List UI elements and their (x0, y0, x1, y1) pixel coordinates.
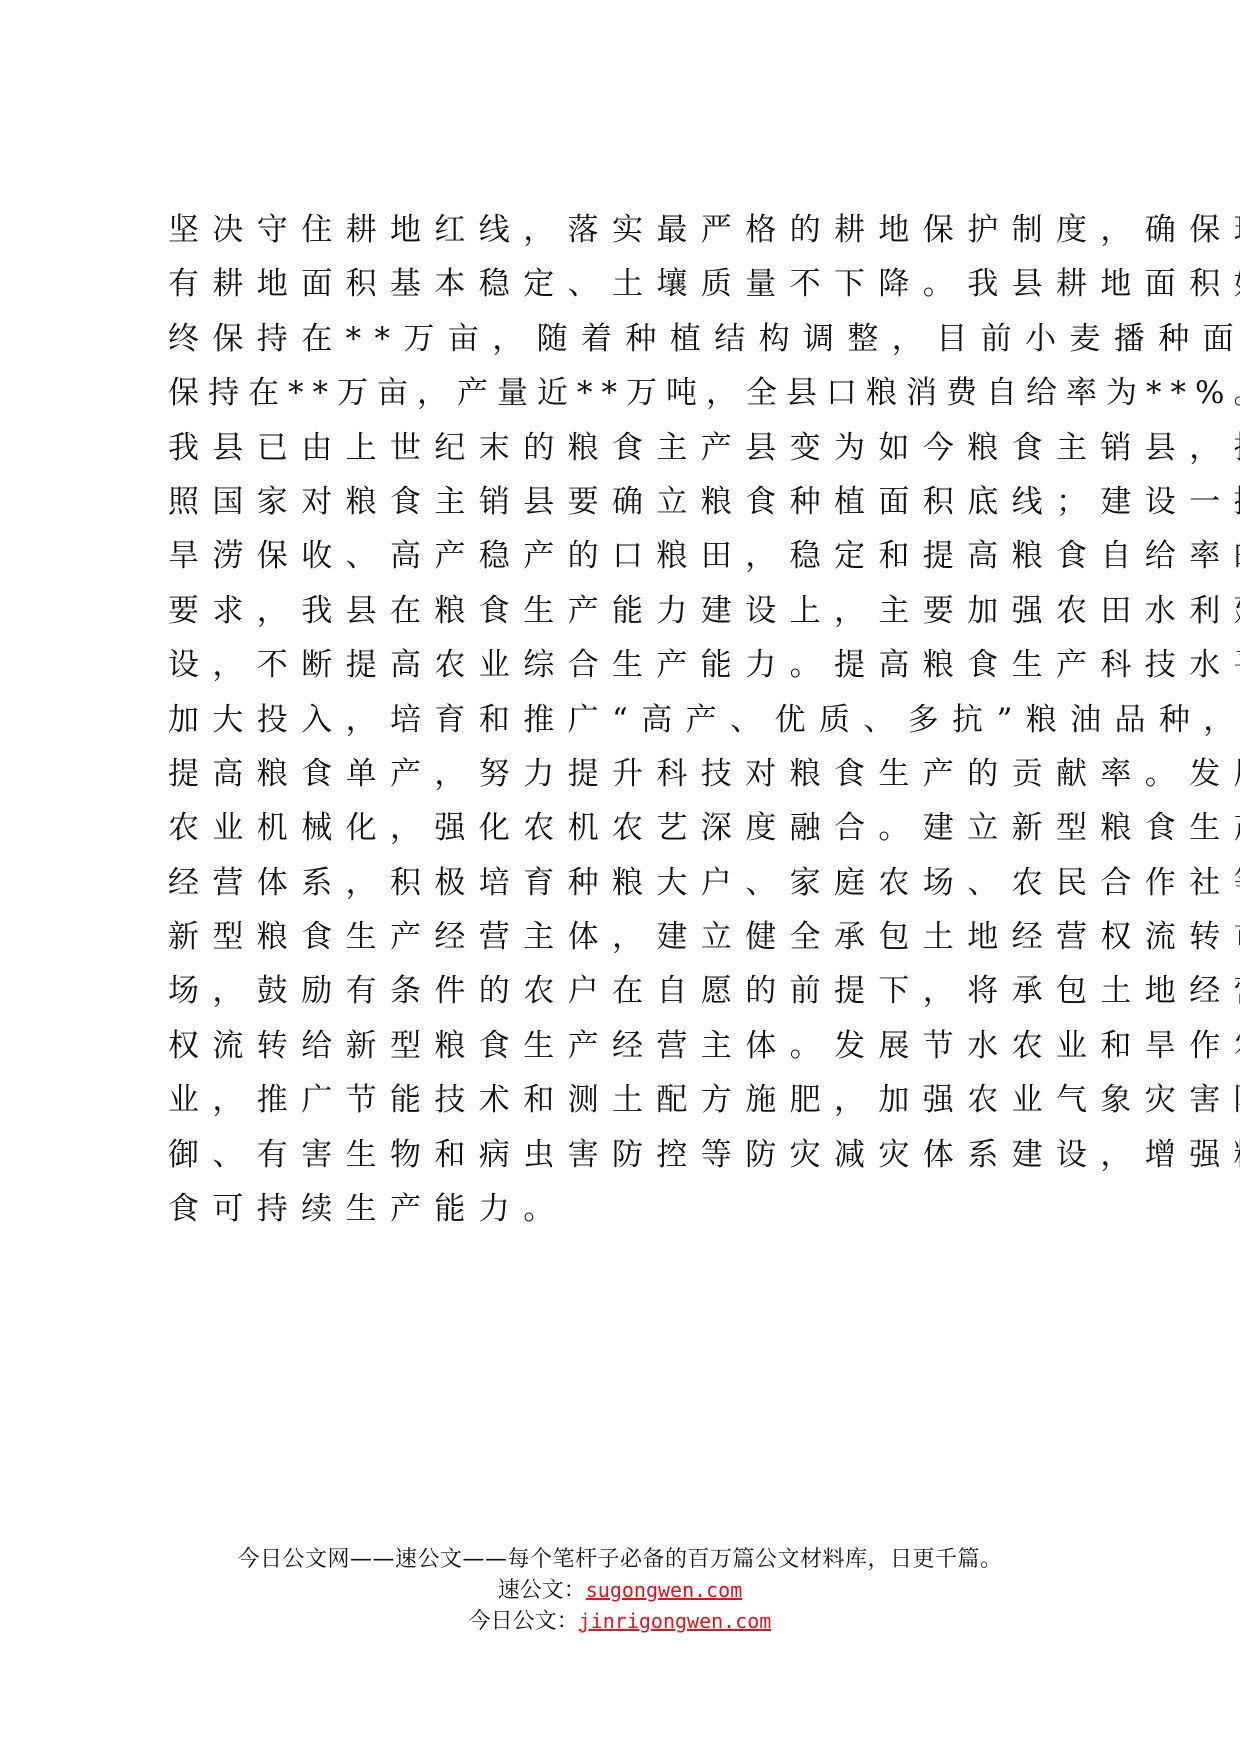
body-paragraph: 坚决守住耕地红线，落实最严格的耕地保护制度，确保现 有耕地面积基本稳定、土壤质量… (168, 203, 958, 1236)
sugongwen-label: 速公文： (498, 1578, 586, 1603)
text-line: 设，不断提高农业综合生产能力。提高粮食生产科技水平 (168, 638, 958, 692)
text-line: 照国家对粮食主销县要确立粮食种植面积底线；建设一批 (168, 475, 958, 529)
text-line: 保持在**万亩，产量近**万吨，全县口粮消费自给率为**%。 (168, 366, 958, 420)
sugongwen-link[interactable]: sugongwen.com (586, 1578, 743, 1602)
jinrigongwen-row: 今日公文：jinrigongwen.com (0, 1606, 1240, 1637)
footer-slogan: 今日公文网——速公文——每个笔杆子必备的百万篇公文材料库，日更千篇。 (0, 1545, 1240, 1575)
jinrigongwen-link[interactable]: jinrigongwen.com (579, 1609, 772, 1633)
text-line: 加大投入，培育和推广“高产、优质、多抗”粮油品种， (168, 693, 958, 747)
jinrigongwen-label: 今日公文： (469, 1609, 579, 1634)
text-line: 提高粮食单产，努力提升科技对粮食生产的贡献率。发展 (168, 747, 958, 801)
sugongwen-row: 速公文：sugongwen.com (0, 1575, 1240, 1606)
text-line: 权流转给新型粮食生产经营主体。发展节水农业和旱作农 (168, 1019, 958, 1073)
text-line: 新型粮食生产经营主体，建立健全承包土地经营权流转市 (168, 910, 958, 964)
text-line: 场，鼓励有条件的农户在自愿的前提下，将承包土地经营 (168, 964, 958, 1018)
text-line: 经营体系，积极培育种粮大户、家庭农场、农民合作社等 (168, 856, 958, 910)
text-line: 食可持续生产能力。 (168, 1182, 958, 1236)
text-line: 旱涝保收、高产稳产的口粮田，稳定和提高粮食自给率的 (168, 529, 958, 583)
footer-promo: 今日公文网——速公文——每个笔杆子必备的百万篇公文材料库，日更千篇。 速公文：s… (0, 1545, 1240, 1637)
text-line: 坚决守住耕地红线，落实最严格的耕地保护制度，确保现 (168, 203, 958, 257)
text-line: 农业机械化，强化农机农艺深度融合。建立新型粮食生产 (168, 801, 958, 855)
text-line: 终保持在**万亩，随着种植结构调整，目前小麦播种面积 (168, 312, 958, 366)
document-page: 坚决守住耕地红线，落实最严格的耕地保护制度，确保现 有耕地面积基本稳定、土壤质量… (0, 0, 1240, 1754)
text-line: 要求，我县在粮食生产能力建设上，主要加强农田水利建 (168, 584, 958, 638)
text-line: 业，推广节能技术和测土配方施肥，加强农业气象灾害防 (168, 1073, 958, 1127)
text-line: 我县已由上世纪末的粮食主产县变为如今粮食主销县，按 (168, 421, 958, 475)
text-line: 有耕地面积基本稳定、土壤质量不下降。我县耕地面积始 (168, 257, 958, 311)
text-line: 御、有害生物和病虫害防控等防灾减灾体系建设，增强粮 (168, 1128, 958, 1182)
